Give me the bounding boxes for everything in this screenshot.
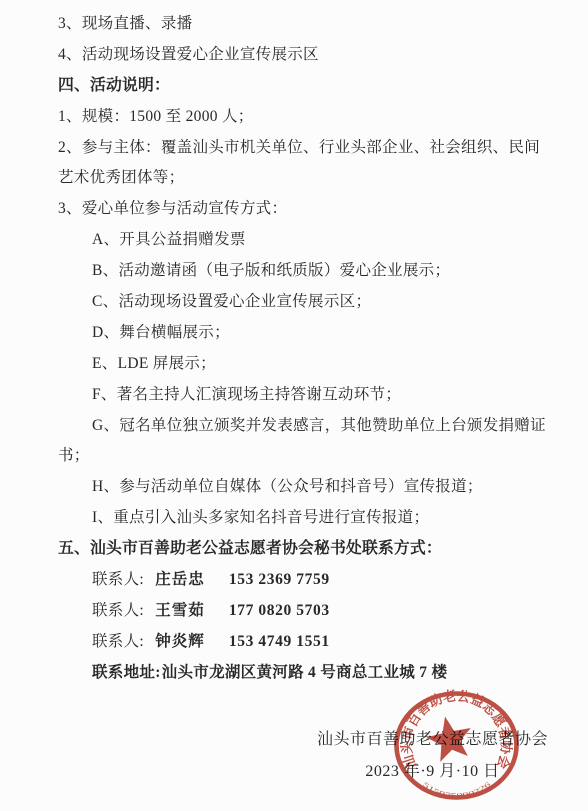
contact-label: 联系人: — [92, 602, 144, 619]
doc-line: 2、参与主体：覆盖汕头市机关单位、行业头部企业、社会组织、民间 — [58, 133, 554, 164]
doc-line-item-h: H、参与活动单位自媒体（公众号和抖音号）宣传报道； — [58, 472, 554, 503]
doc-line: 3、爱心单位参与活动宣传方式： — [58, 194, 554, 225]
doc-line-item-d: D、舞台横幅展示； — [58, 318, 554, 349]
doc-line-item-g: G、冠名单位独立颁奖并发表感言，其他赞助单位上台颁发捐赠证 — [58, 411, 554, 442]
contact-phone: 177 0820 5703 — [229, 602, 330, 619]
contact-label: 联系人: — [92, 571, 144, 588]
doc-line-item-a: A、开具公益捐赠发票 — [58, 225, 554, 256]
contact-row: 联系人: 庄岳忠 153 2369 7759 — [58, 565, 554, 596]
stamp-serial-number: 515075090226 — [421, 780, 493, 800]
contact-phone: 153 4749 1551 — [229, 633, 330, 650]
doc-line: 书； — [58, 441, 554, 472]
signature-date: 2023 年·9 月·10 日 — [317, 761, 548, 782]
doc-line-item-i: I、重点引入汕头多家知名抖音号进行宣传报道； — [58, 503, 554, 534]
svg-text:515075090226: 515075090226 — [421, 780, 493, 800]
section-heading-4: 四、活动说明： — [58, 71, 554, 102]
signature-org: 汕头市百善助老公益志愿者协会 — [317, 729, 548, 750]
doc-line-item-c: C、活动现场设置爱心企业宣传展示区； — [58, 287, 554, 318]
doc-line-item-b: B、活动邀请函（电子版和纸质版）爱心企业展示； — [58, 256, 554, 287]
doc-line: 艺术优秀团体等； — [58, 163, 554, 194]
contact-name: 钟炎辉 — [155, 633, 205, 650]
doc-line: 4、活动现场设置爱心企业宣传展示区 — [58, 40, 554, 71]
doc-line: 3、现场直播、录播 — [58, 9, 554, 40]
contact-name: 王雪茹 — [155, 602, 205, 619]
contact-row: 联系人: 王雪茹 177 0820 5703 — [58, 596, 554, 627]
contact-row: 联系人: 钟炎辉 153 4749 1551 — [58, 627, 554, 658]
contact-phone: 153 2369 7759 — [229, 571, 330, 588]
address-label: 联系地址: — [92, 664, 161, 681]
contact-name: 庄岳忠 — [155, 571, 205, 588]
address-row: 联系地址:汕头市龙湖区黄河路 4 号商总工业城 7 楼 — [58, 658, 554, 689]
document-body: 3、现场直播、录播 4、活动现场设置爱心企业宣传展示区 四、活动说明： 1、规模… — [58, 9, 554, 689]
doc-line: 1、规模：1500 至 2000 人； — [58, 102, 554, 133]
contact-label: 联系人: — [92, 633, 144, 650]
signature-block: 汕头市百善助老公益志愿者协会 2023 年·9 月·10 日 — [317, 729, 548, 782]
address-value: 汕头市龙湖区黄河路 4 号商总工业城 7 楼 — [162, 664, 448, 681]
doc-line-item-e: E、LDE 屏展示； — [58, 349, 554, 380]
section-heading-5: 五、汕头市百善助老公益志愿者协会秘书处联系方式： — [58, 534, 554, 565]
doc-line-item-f: F、著名主持人汇演现场主持答谢互动环节； — [58, 380, 554, 411]
